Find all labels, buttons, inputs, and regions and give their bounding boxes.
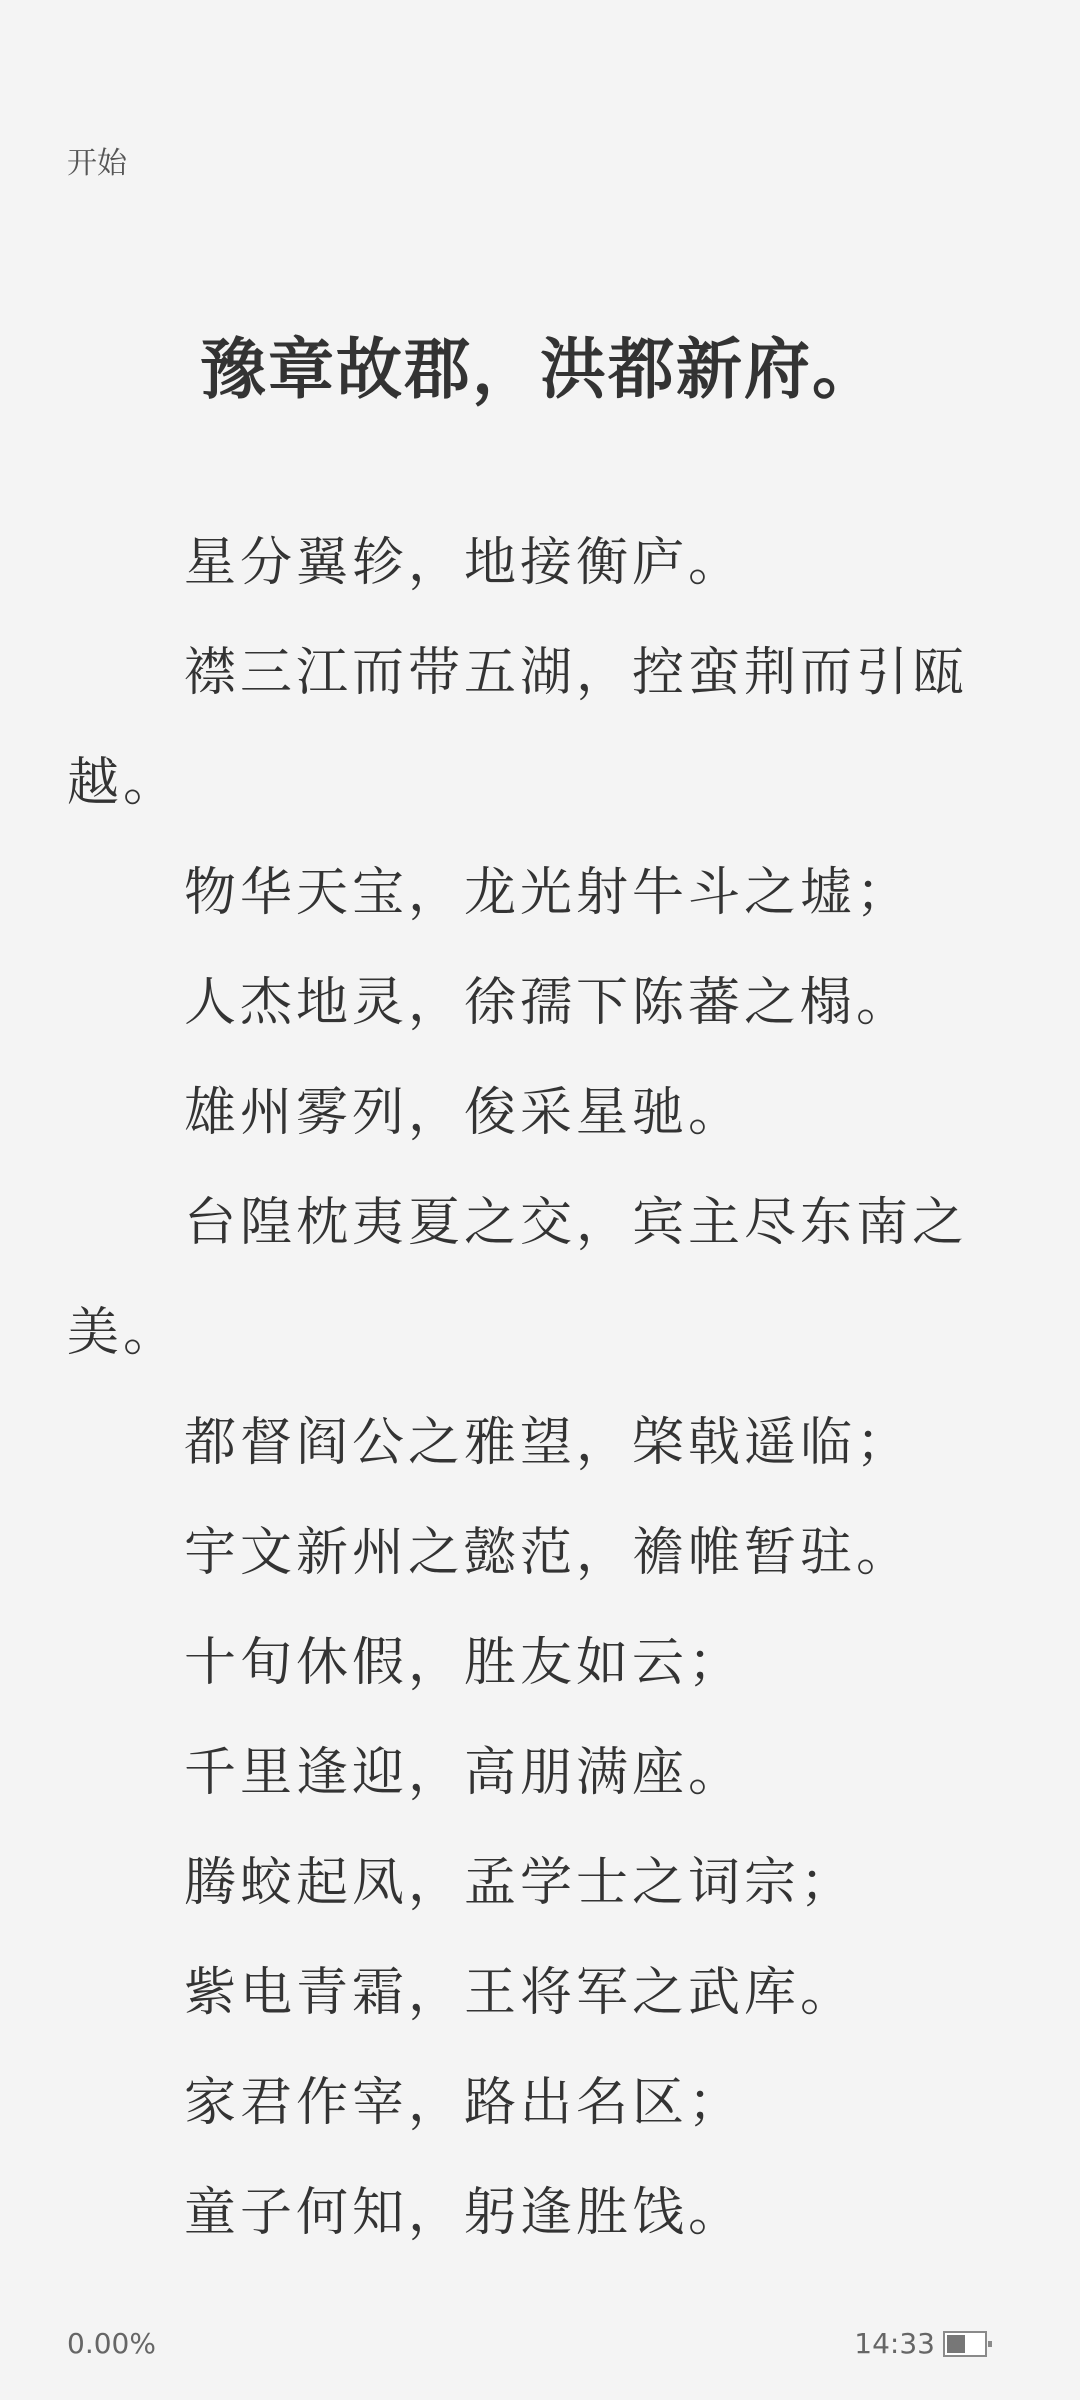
paragraph: 十旬休假，胜友如云； [67,1608,1017,1718]
chapter-label: 开始 [67,142,127,186]
battery-level [947,2335,965,2353]
paragraph: 人杰地灵，徐孺下陈蕃之榻。 [67,948,1017,1058]
paragraph: 腾蛟起凤，孟学士之词宗； [67,1828,1017,1938]
battery-tip [988,2341,992,2347]
paragraph: 物华天宝，龙光射牛斗之墟； [67,838,1017,948]
paragraph: 紫电青霜，王将军之武库。 [67,1938,1017,2048]
paragraph: 童子何知，躬逢胜饯。 [67,2158,1017,2268]
paragraph: 千里逢迎，高朋满座。 [67,1718,1017,1828]
battery-icon [943,2331,987,2357]
status-info: 14:33 [854,2326,987,2362]
paragraph: 宇文新州之懿范，襜帷暂驻。 [67,1498,1017,1608]
paragraph: 台隍枕夷夏之交，宾主尽东南之美。 [67,1168,1017,1388]
page-title: 豫章故郡，洪都新府。 [0,325,1080,415]
paragraph: 都督阎公之雅望，棨戟遥临； [67,1388,1017,1498]
paragraph: 雄州雾列，俊采星驰。 [67,1058,1017,1168]
paragraph: 星分翼轸，地接衡庐。 [67,508,1017,618]
paragraph: 家君作宰，路出名区； [67,2048,1017,2158]
reading-content[interactable]: 星分翼轸，地接衡庐。 襟三江而带五湖，控蛮荆而引瓯越。 物华天宝，龙光射牛斗之墟… [67,508,1017,2268]
reading-progress: 0.00% [67,2326,156,2362]
clock-time: 14:33 [854,2326,935,2362]
paragraph: 襟三江而带五湖，控蛮荆而引瓯越。 [67,618,1017,838]
